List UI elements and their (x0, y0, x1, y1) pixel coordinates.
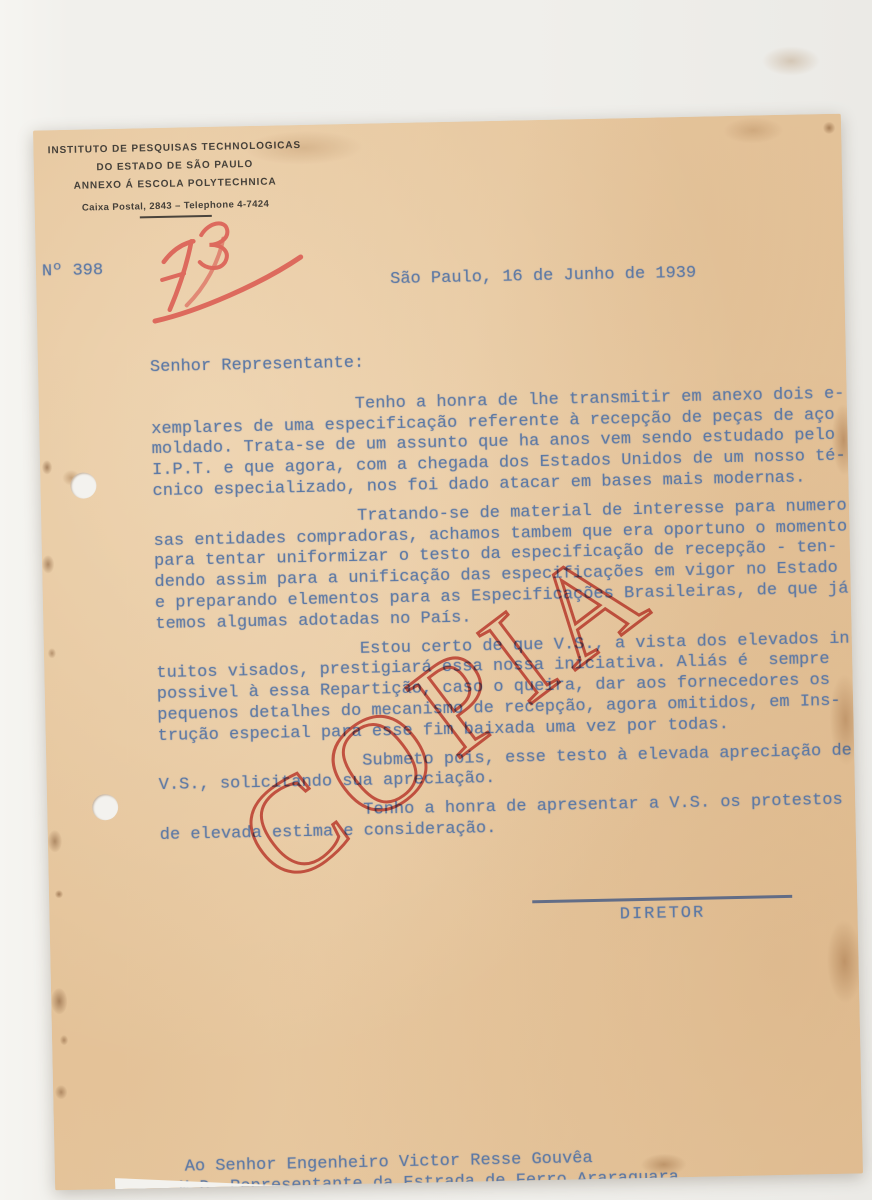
paper-stain (48, 648, 56, 658)
paper-stain (723, 117, 784, 144)
paragraph-1: Tenho a honra de lhe transmitir em anexo… (151, 384, 863, 503)
paper-stain (826, 919, 863, 1004)
reference-number: Nº 398 (42, 261, 104, 281)
paper-stain (60, 1035, 68, 1045)
signature-title: DIRETOR (532, 901, 792, 925)
recipient-address: Ao Senhor Engenheiro Victor Resse Gouvêa… (179, 1143, 830, 1190)
punch-hole-top (70, 472, 97, 499)
paper-stain (55, 890, 63, 898)
letter-sheet: INSTITUTO DE PESQUISAS TECHNOLOGICAS DO … (33, 114, 863, 1191)
punch-hole-bottom (92, 794, 119, 821)
handwritten-mark-73 (135, 215, 317, 329)
paper-stain (823, 122, 835, 134)
background-stain (762, 46, 820, 76)
paper-stain (48, 830, 62, 852)
date-line: São Paulo, 16 de Junho de 1939 (390, 264, 696, 289)
paper-stain (55, 1085, 67, 1099)
salutation: Senhor Representante: (150, 343, 862, 379)
letterhead: INSTITUTO DE PESQUISAS TECHNOLOGICAS DO … (43, 137, 307, 220)
paper-stain (42, 555, 54, 573)
paper-stain (51, 988, 68, 1014)
signature-block: DIRETOR (532, 895, 792, 926)
letterhead-contact: Caixa Postal, 2843 – Telephone 4-7424 (45, 198, 307, 214)
paper-stain (42, 460, 52, 474)
